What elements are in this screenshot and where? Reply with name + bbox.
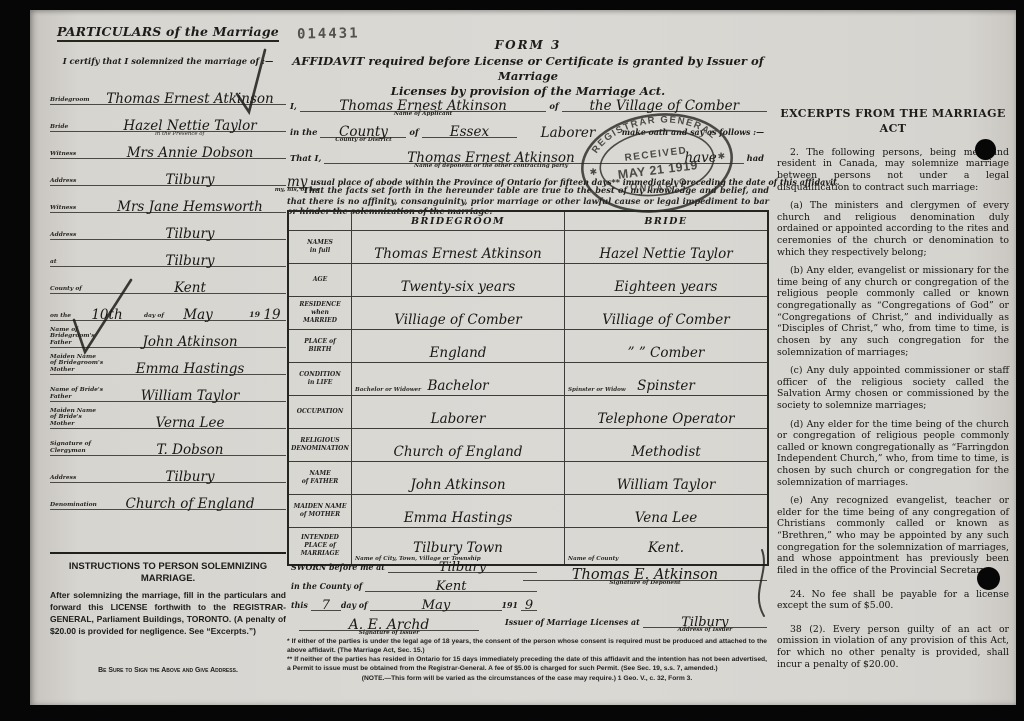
- field-bride-father: Name of Bride's Father William Taylor: [50, 375, 286, 402]
- field-witness-1: Witness Mrs Annie Dobson: [50, 132, 286, 159]
- divider: [50, 552, 286, 554]
- registrar-general-received-stamp: REGISTRAR GENERAL RECEIVED MAY 21 1919 O…: [572, 101, 742, 225]
- excerpt-paragraph: (d) Any elder for the time being of the …: [777, 419, 1009, 489]
- particulars-panel: PARTICULARS of the Marriage I certify th…: [50, 24, 286, 696]
- footnote-note: (NOTE.—This form will be varied as the c…: [287, 675, 767, 684]
- field-clergyman-signature: Signature of Clergyman T. Dobson: [50, 429, 286, 456]
- district-blank: Essex: [422, 126, 518, 139]
- field-witness-2: Witness Mrs Jane Hemsworth: [50, 186, 286, 213]
- field-county: County of Kent: [50, 267, 286, 294]
- column-bridegroom: BRIDEGROOM: [352, 212, 565, 230]
- excerpt-paragraph: (a) The ministers and clergymen of every…: [777, 200, 1009, 258]
- field-witness-1-address: Address Tilbury: [50, 159, 286, 186]
- table-row-names: NAMES in full Thomas Ernest Atkinson Haz…: [289, 230, 767, 263]
- svg-text:✱: ✱: [717, 152, 726, 163]
- county-blank: County County or District: [320, 126, 406, 139]
- field-bride-mother: Maiden Name of Bride's Mother Verna Lee: [50, 402, 286, 429]
- particulars-title: PARTICULARS of the Marriage: [50, 24, 286, 39]
- excerpt-paragraph: (e) Any recognized evangelist, teacher o…: [777, 495, 1009, 576]
- excerpt-paragraph: 2. The following persons, being men and …: [777, 147, 1009, 193]
- issuer-address-line: Issuer of Marriage Licenses at Tilbury A…: [505, 610, 767, 628]
- punch-hole: [977, 567, 1000, 590]
- excerpts-heading: EXCERPTS FROM THE MARRIAGE ACT: [777, 106, 1009, 137]
- excerpt-paragraph: 38 (2). Every person guilty of an act or…: [777, 624, 1009, 670]
- table-row-occupation: OCCUPATION Laborer Telephone Operator: [289, 395, 767, 428]
- excerpts-panel: EXCERPTS FROM THE MARRIAGE ACT 2. The fo…: [777, 106, 1009, 677]
- table-row-age: AGE Twenty-six years Eighteen years: [289, 263, 767, 296]
- table-row-father: NAME of FATHER John Atkinson William Tay…: [289, 461, 767, 494]
- footnote-2: ** If neither of the parties has resided…: [287, 656, 767, 673]
- table-row-mother: MAIDEN NAME of MOTHER Emma Hastings Vena…: [289, 494, 767, 527]
- field-marriage-date: on the 10th day of May 19 19: [50, 294, 286, 321]
- instructions-heading: INSTRUCTIONS TO PERSON SOLEMNIZING MARRI…: [50, 561, 286, 586]
- excerpt-paragraph: (b) Any elder, evangelist or missionary …: [777, 265, 1009, 358]
- table-header-row: BRIDEGROOM BRIDE: [289, 212, 767, 230]
- table-row-residence: RESIDENCE when MARRIED Villiage of Combe…: [289, 296, 767, 329]
- instructions-body: After solemnizing the marriage, fill in …: [50, 589, 286, 637]
- excerpt-paragraph: (c) Any duly appointed commissioner or s…: [777, 365, 1009, 411]
- field-witness-2-address: Address Tilbury: [50, 213, 286, 240]
- field-denomination: Denomination Church of England: [50, 483, 286, 510]
- punch-hole: [975, 139, 996, 160]
- certify-line: I certify that I solemnized the marriage…: [50, 56, 286, 66]
- deponent-signature: Thomas E. Atkinson Signature of Deponent: [505, 563, 767, 581]
- excerpt-paragraph: 24. No fee shall be payable for a licens…: [777, 589, 1009, 612]
- table-row-birthplace: PLACE of BIRTH England ” ” Comber: [289, 329, 767, 362]
- form-number: FORM 3: [287, 38, 769, 52]
- table-row-denomination: RELIGIOUS DENOMINATION Church of England…: [289, 428, 767, 461]
- marriage-affidavit-document: PARTICULARS of the Marriage I certify th…: [30, 10, 1016, 705]
- table-row-condition: CONDITION in LIFE Bachelor or Widower Ba…: [289, 362, 767, 395]
- particulars-table: BRIDEGROOM BRIDE NAMES in full Thomas Er…: [287, 210, 769, 566]
- svg-text:✱: ✱: [589, 167, 598, 178]
- field-married-at: at Tilbury: [50, 240, 286, 267]
- applicant-name-blank: Thomas Ernest Atkinson Name of Applicant: [300, 100, 547, 113]
- footnotes: * If either of the parties is under the …: [287, 638, 767, 685]
- field-bridegroom-father: Name of Bridegroom's Father John Atkinso…: [50, 321, 286, 348]
- instructions-footer: Be Sure to Sign the Above and Give Addre…: [50, 667, 286, 674]
- field-bridegroom: Bridegroom Thomas Ernest Atkinson: [50, 78, 286, 105]
- field-bridegroom-mother: Maiden Name of Bridegroom's Mother Emma …: [50, 348, 286, 375]
- field-clergyman-address: Address Tilbury: [50, 456, 286, 483]
- footnote-1: * If either of the parties is under the …: [287, 638, 767, 655]
- field-bride: Bride Hazel Nettie Taylor in the Presenc…: [50, 105, 286, 132]
- issuer-signature: A. E. Archd Signature of Issuer: [291, 613, 537, 631]
